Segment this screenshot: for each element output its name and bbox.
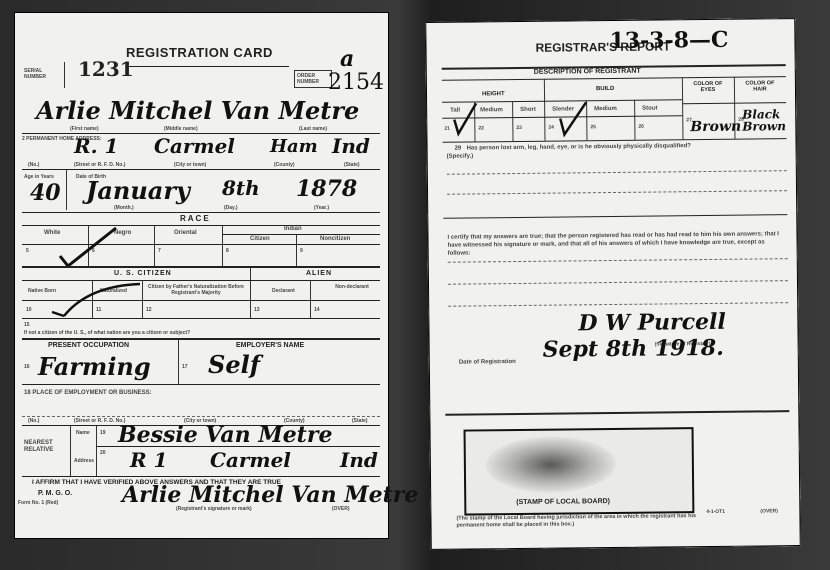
q15-text: If not a citizen of the U. S., of what n…: [24, 330, 190, 336]
card-title: REGISTRATION CARD: [126, 45, 273, 60]
divider: [22, 384, 380, 385]
occupation-value: Farming: [38, 352, 151, 381]
field-number: 25: [590, 124, 596, 130]
over-label: (OVER): [760, 508, 778, 514]
field-number: 23: [516, 125, 522, 131]
order-number: 2154: [328, 70, 384, 95]
height-col-medium: Medium: [480, 107, 503, 113]
divider: [512, 101, 513, 141]
nearest-relative-label: NEAREST RELATIVE: [24, 440, 68, 454]
q30-text: I certify that my answers are true; that…: [447, 230, 783, 258]
blank-line: [447, 170, 787, 175]
divider: [250, 268, 251, 318]
divider: [178, 340, 179, 384]
divider: [22, 212, 380, 213]
signature-sublabel: (Registrant's signature or mark): [176, 506, 252, 512]
eye-color-header: COLOR OF EYES: [690, 81, 726, 93]
col-non-declarant: Non-declarant: [332, 284, 372, 290]
q29-text: Has person lost arm, leg, hand, eye, or …: [467, 143, 691, 151]
checkmark-icon: [448, 101, 478, 137]
first-name-label: (First name): [70, 126, 99, 132]
divider: [22, 416, 380, 417]
blank-line: [448, 258, 788, 263]
race-header: RACE: [180, 214, 211, 223]
address-sublabel-state: (State): [344, 162, 360, 168]
field-number: 10: [26, 307, 32, 313]
registration-date-label: Date of Registration: [459, 359, 516, 366]
stamp-smudge: [486, 436, 617, 493]
field-number: 13: [254, 307, 260, 313]
address-sublabel-street: (Street or R. F. D. No.): [74, 162, 125, 168]
checkmark-icon: [48, 280, 144, 320]
eye-color-value: Brown: [690, 119, 741, 136]
divider: [222, 234, 380, 235]
registrar-signature: D W Purcell: [578, 309, 726, 337]
divider: [682, 77, 684, 139]
field-number: 26: [638, 124, 644, 130]
relative-name: Bessie Van Metre: [118, 422, 332, 448]
address-sublabel-no: (No.): [28, 162, 39, 168]
dob-month-label: (Month.): [114, 205, 134, 211]
divider: [22, 476, 380, 477]
place-sublabel: (No.): [28, 418, 39, 424]
field-number: 16: [24, 364, 30, 370]
field-number: 20: [100, 450, 106, 456]
blank-line: [448, 280, 788, 285]
checkmark-icon: [54, 224, 124, 270]
field-number: 12: [146, 307, 152, 313]
field-number: 5: [26, 248, 29, 254]
over-label: (OVER): [332, 506, 350, 512]
stamp-note: (The stamp of the Local Board having jur…: [456, 513, 696, 530]
order-number-label: ORDER NUMBER: [294, 70, 332, 88]
alien-header: ALIEN: [306, 270, 332, 277]
address-county: Ham: [270, 136, 318, 157]
occupation-label: PRESENT OCCUPATION: [48, 342, 129, 349]
dob-year-label: (Year.): [314, 205, 329, 211]
field-number: 19: [100, 430, 106, 436]
divider: [22, 266, 380, 268]
registration-date: Sept 8th 1918.: [543, 335, 724, 363]
relative-address-label: Address: [74, 458, 94, 464]
divider: [310, 280, 311, 318]
divider: [96, 446, 380, 447]
field-number: 14: [314, 307, 320, 313]
q29-number: 29: [455, 146, 462, 152]
serial-number-label: SERIAL NUMBER: [24, 68, 62, 80]
hair-color-value: Black Brown: [742, 108, 786, 132]
divider: [66, 170, 67, 210]
race-col-indian-noncitizen: Noncitizen: [320, 236, 350, 242]
registration-card-front: REGISTRATION CARD SERIAL NUMBER 1231 ORD…: [14, 12, 389, 539]
divider: [70, 426, 71, 476]
height-col-short: Short: [520, 107, 536, 113]
divider: [544, 79, 546, 141]
address-state: Ind: [332, 134, 370, 158]
field-number: 17: [182, 364, 188, 370]
dob-day-label: (Day.): [224, 205, 238, 211]
field-number: 22: [478, 125, 484, 131]
dob-year: 1878: [296, 176, 357, 202]
race-col-indian: Indian: [284, 226, 302, 232]
field-number: 8: [226, 248, 229, 254]
order-letter: a: [340, 46, 354, 72]
registrant-name: Arlie Mitchel Van Metre: [36, 96, 359, 125]
stamp-code: 13-3-8—C: [609, 27, 728, 54]
description-header: DESCRIPTION OF REGISTRANT: [534, 68, 641, 76]
dob-month: January: [86, 176, 190, 205]
middle-name-label: (Middle name): [164, 126, 198, 132]
col-declarant: Declarant: [272, 288, 295, 294]
height-header: HEIGHT: [482, 91, 505, 97]
q15-number: 15: [24, 322, 30, 328]
checkmark-icon: [554, 100, 588, 138]
divider: [154, 226, 155, 266]
address-city: Carmel: [154, 134, 235, 158]
field-number: 24: [548, 125, 554, 131]
race-col-indian-citizen: Citizen: [250, 236, 270, 242]
build-col-stout: Stout: [642, 106, 657, 112]
col-citizen-by-father: Citizen by Father's Naturalization Befor…: [146, 284, 246, 296]
address-street: R. 1: [74, 134, 118, 158]
local-board-stamp-box: (STAMP OF LOCAL BOARD): [464, 427, 695, 515]
divider: [443, 138, 787, 143]
last-name-label: (Last name): [299, 126, 327, 132]
place-sublabel: (State): [352, 418, 368, 424]
serial-number: 1231: [78, 57, 134, 81]
race-col-oriental: Oriental: [174, 230, 197, 236]
form-number: Form No. 1 (Red): [18, 500, 58, 506]
blank-line: [448, 302, 788, 307]
relative-address-city: Carmel: [210, 448, 291, 472]
divider: [64, 62, 65, 88]
us-citizen-header: U. S. CITIZEN: [114, 270, 172, 277]
relative-address-state: Ind: [340, 448, 378, 472]
registrars-report-back: REGISTRAR'S REPORT 13-3-8—C DESCRIPTION …: [425, 18, 801, 550]
build-col-medium: Medium: [594, 106, 617, 112]
field-number: 9: [300, 248, 303, 254]
divider: [443, 214, 787, 219]
build-header: BUILD: [596, 86, 614, 92]
divider: [22, 318, 380, 319]
divider: [296, 234, 297, 266]
employer-value: Self: [208, 350, 260, 379]
stamp-box-label: (STAMP OF LOCAL BOARD): [516, 498, 610, 506]
print-code: 4-1-OT1: [706, 509, 725, 515]
q29-specify: (Specify.): [447, 153, 474, 159]
relative-address-street: R 1: [130, 448, 168, 472]
registrant-signature: Arlie Mitchel Van Metre: [122, 482, 418, 508]
blank-line: [447, 190, 787, 195]
address-sublabel-county: (County): [274, 162, 295, 168]
divider: [96, 426, 97, 476]
field-number: 7: [158, 248, 161, 254]
hair-color-header: COLOR OF HAIR: [742, 80, 778, 92]
place-of-employment-label: 18 PLACE OF EMPLOYMENT OR BUSINESS:: [24, 390, 152, 396]
divider: [634, 100, 635, 140]
divider: [22, 338, 380, 340]
employer-label: EMPLOYER'S NAME: [236, 342, 304, 349]
age-value: 40: [30, 180, 61, 206]
address-sublabel-city: (City or town): [174, 162, 206, 168]
divider: [129, 66, 289, 67]
divider: [22, 169, 380, 170]
relative-name-label: Name: [76, 430, 90, 436]
divider: [222, 226, 223, 266]
dob-day: 8th: [222, 176, 260, 200]
form-code: P. M. G. O.: [38, 490, 72, 497]
divider: [445, 410, 789, 416]
